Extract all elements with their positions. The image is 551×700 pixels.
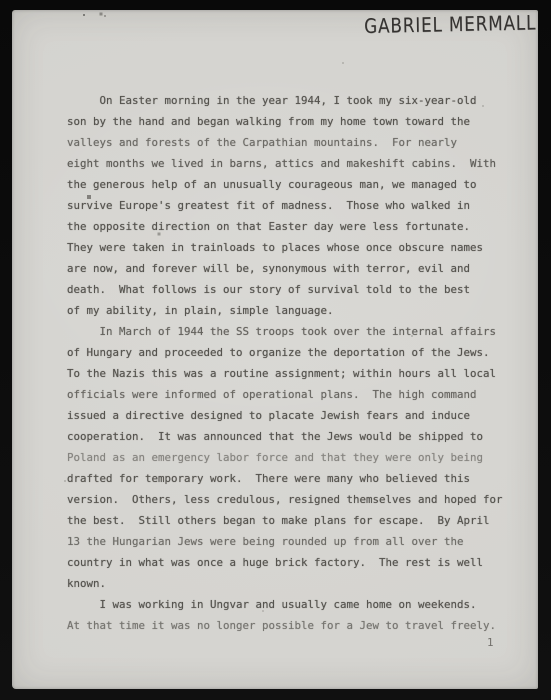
text-line: eight months we lived in barns, attics a… [67, 153, 512, 174]
text-line: issued a directive designed to placate J… [67, 405, 512, 426]
text-line: of my ability, in plain, simple language… [67, 300, 512, 321]
scanned-page: GABRIEL MERMALL On Easter morning in the… [12, 10, 538, 689]
text-line: Poland as an emergency labor force and t… [67, 447, 512, 468]
page-number: 1 [487, 636, 494, 649]
paper-speckles [12, 10, 14, 12]
text-line: On Easter morning in the year 1944, I to… [67, 90, 512, 111]
text-line: son by the hand and began walking from m… [67, 111, 512, 132]
text-line: death. What follows is our story of surv… [67, 279, 512, 300]
text-line: survive Europe's greatest fit of madness… [67, 195, 512, 216]
text-line: version. Others, less credulous, resigne… [67, 489, 512, 510]
text-line: known. [67, 573, 512, 594]
text-line: valleys and forests of the Carpathian mo… [67, 132, 512, 153]
text-line: are now, and forever will be, synonymous… [67, 258, 512, 279]
typewritten-text: On Easter morning in the year 1944, I to… [67, 90, 512, 636]
text-line: the opposite direction on that Easter da… [67, 216, 512, 237]
text-line: 13 the Hungarian Jews were being rounded… [67, 531, 512, 552]
text-line: the generous help of an unusually courag… [67, 174, 512, 195]
text-line: officials were informed of operational p… [67, 384, 512, 405]
text-line: country in what was once a huge brick fa… [67, 552, 512, 573]
text-line: of Hungary and proceeded to organize the… [67, 342, 512, 363]
text-line: To the Nazis this was a routine assignme… [67, 363, 512, 384]
text-line: At that time it was no longer possible f… [67, 615, 512, 636]
text-line: cooperation. It was announced that the J… [67, 426, 512, 447]
text-line: drafted for temporary work. There were m… [67, 468, 512, 489]
text-line: I was working in Ungvar and usually came… [67, 594, 512, 615]
text-line: They were taken in trainloads to places … [67, 237, 512, 258]
handwritten-author-name: GABRIEL MERMALL [364, 10, 536, 38]
text-line: In March of 1944 the SS troops took over… [67, 321, 512, 342]
text-line: the best. Still others began to make pla… [67, 510, 512, 531]
